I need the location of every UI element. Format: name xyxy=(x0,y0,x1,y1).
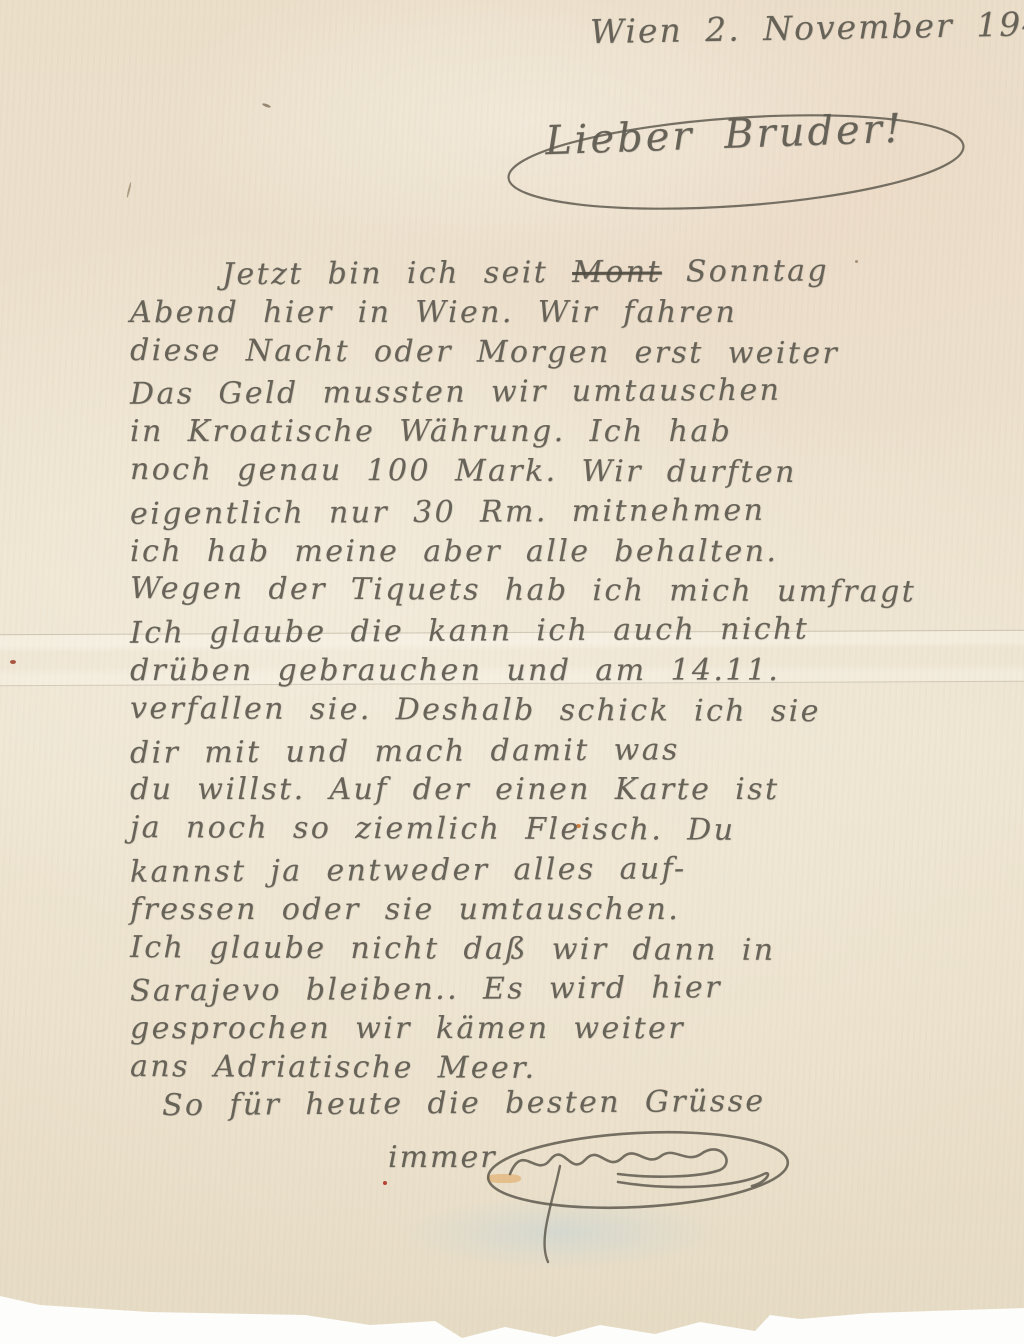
letter-page: Wien 2. November 1942 Lieber Bruder! Jet… xyxy=(0,0,1024,1344)
letter-line: noch genau 100 Mark. Wir durften xyxy=(130,452,1024,496)
letter-line: Jetzt bin ich seit Mont Sonntag xyxy=(130,252,1024,297)
letter-line: Wegen der Tiquets hab ich mich umfragt xyxy=(130,571,1024,615)
paper-speck xyxy=(383,1181,387,1185)
letter-line: Das Geld mussten wir umtauschen xyxy=(130,372,1024,417)
struck-word: Mont xyxy=(572,254,662,290)
letter-line: kannst ja entweder alles auf- xyxy=(130,849,1024,894)
letter-line: verfallen sie. Deshalb schick ich sie xyxy=(130,691,1024,735)
paper-speck xyxy=(262,103,271,109)
letter-body: Jetzt bin ich seit Mont SonntagAbend hie… xyxy=(130,255,1024,1091)
paper-speck xyxy=(126,182,132,198)
letter-line: ja noch so ziemlich Fleisch. Du xyxy=(130,810,1024,854)
letter-line: fressen oder sie umtauschen. xyxy=(130,892,1024,932)
signature-scribble xyxy=(468,1112,808,1272)
letter-line: diese Nacht oder Morgen erst weiter xyxy=(130,333,1024,377)
letter-line: gesprochen wir kämen weiter xyxy=(130,1011,1024,1051)
letter-line: Ich glaube nicht daß wir dann in xyxy=(130,930,1024,974)
letter-line: in Kroatische Währung. Ich hab xyxy=(130,414,1024,454)
letter-line: Abend hier in Wien. Wir fahren xyxy=(130,295,1024,335)
letter-line: du willst. Auf der einen Karte ist xyxy=(130,772,1024,812)
line-text: Jetzt bin ich seit xyxy=(222,255,572,292)
paper-speck xyxy=(10,660,16,664)
letter-line: Ich glaube die kann ich auch nicht xyxy=(130,610,1024,655)
letter-line: eigentlich nur 30 Rm. mitnehmen xyxy=(130,491,1024,536)
letter-line: drüben gebrauchen und am 14.11. xyxy=(130,653,1024,693)
letter-line: dir mit und mach damit was xyxy=(130,730,1024,775)
scanned-letter: Wien 2. November 1942 Lieber Bruder! Jet… xyxy=(0,0,1024,1344)
dateline: Wien 2. November 1942 xyxy=(590,4,1024,51)
letter-line: Sarajevo bleiben.. Es wird hier xyxy=(130,969,1024,1014)
letter-line: ich hab meine aber alle behalten. xyxy=(130,534,1024,574)
line-text: Sonntag xyxy=(662,253,829,289)
